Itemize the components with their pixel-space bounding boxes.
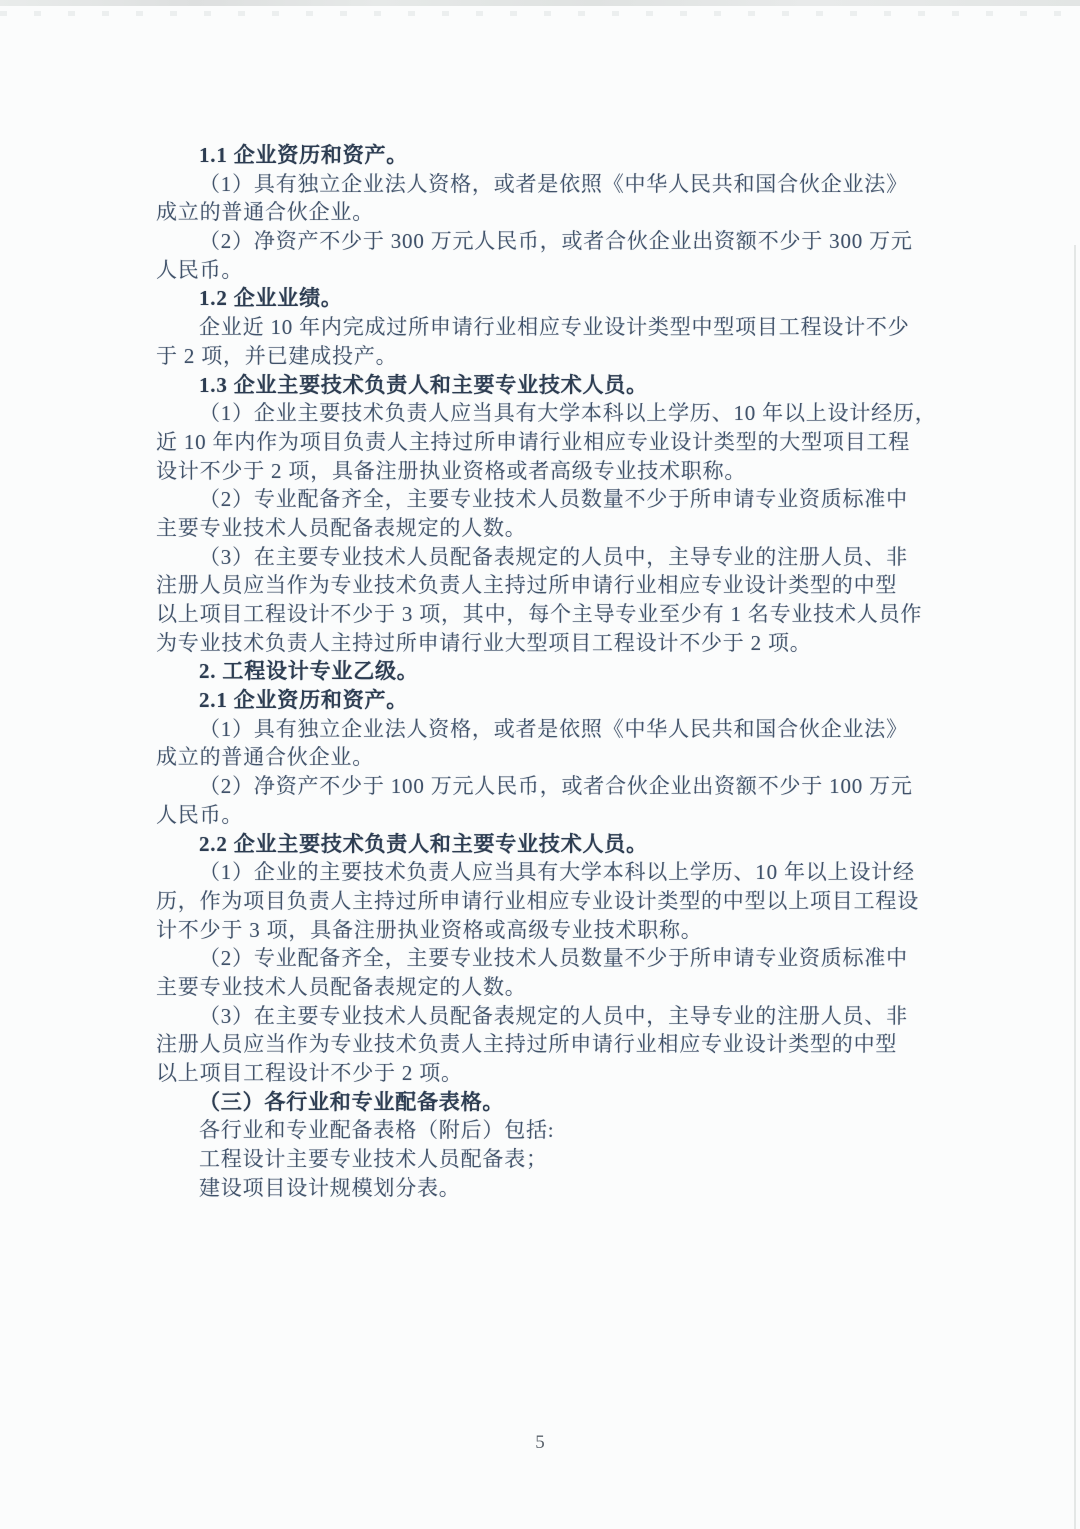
- heading-line: 1.3 企业主要技术负责人和主要专业技术人员。: [156, 371, 936, 400]
- text-line: （3）在主要专业技术人员配备表规定的人员中，主导专业的注册人员、非: [156, 1002, 936, 1031]
- text-line: 于 2 项，并已建成投产。: [156, 342, 936, 371]
- heading-line: （三）各行业和专业配备表格。: [156, 1088, 936, 1117]
- text-line: 建设项目设计规模划分表。: [156, 1174, 936, 1203]
- text-line: 成立的普通合伙企业。: [156, 743, 936, 772]
- text-line: （3）在主要专业技术人员配备表规定的人员中，主导专业的注册人员、非: [156, 543, 936, 572]
- scan-right-edge: [1074, 245, 1076, 1529]
- text-line: 以上项目工程设计不少于 2 项。: [156, 1059, 936, 1088]
- heading-line: 2.2 企业主要技术负责人和主要专业技术人员。: [156, 830, 936, 859]
- text-line: 注册人员应当作为专业技术负责人主持过所申请行业相应专业设计类型的中型: [156, 1030, 936, 1059]
- text-line: 成立的普通合伙企业。: [156, 198, 936, 227]
- heading-line: 1.2 企业业绩。: [156, 284, 936, 313]
- text-line: 计不少于 3 项，具备注册执业资格或高级专业技术职称。: [156, 916, 936, 945]
- text-line: 主要专业技术人员配备表规定的人数。: [156, 514, 936, 543]
- heading-line: 1.1 企业资历和资产。: [156, 141, 936, 170]
- heading-line: 2.1 企业资历和资产。: [156, 686, 936, 715]
- text-line: （1）具有独立企业法人资格，或者是依照《中华人民共和国合伙企业法》: [156, 170, 936, 199]
- text-line: 人民币。: [156, 801, 936, 830]
- document-text-block: 1.1 企业资历和资产。（1）具有独立企业法人资格，或者是依照《中华人民共和国合…: [156, 141, 936, 1202]
- text-line: （1）企业主要技术负责人应当具有大学本科以上学历、10 年以上设计经历，: [156, 399, 936, 428]
- text-line: 人民币。: [156, 256, 936, 285]
- text-line: 为专业技术负责人主持过所申请行业大型项目工程设计不少于 2 项。: [156, 629, 936, 658]
- text-line: 工程设计主要专业技术人员配备表；: [156, 1145, 936, 1174]
- page-number: 5: [0, 1432, 1080, 1454]
- text-line: （2）专业配备齐全，主要专业技术人员数量不少于所申请专业资质标准中: [156, 944, 936, 973]
- text-line: 设计不少于 2 项，具备注册执业资格或者高级专业技术职称。: [156, 457, 936, 486]
- text-line: （2）净资产不少于 300 万元人民币，或者合伙企业出资额不少于 300 万元: [156, 227, 936, 256]
- text-line: 注册人员应当作为专业技术负责人主持过所申请行业相应专业设计类型的中型: [156, 571, 936, 600]
- text-line: 以上项目工程设计不少于 3 项，其中，每个主导专业至少有 1 名专业技术人员作: [156, 600, 936, 629]
- text-line: 近 10 年内作为项目负责人主持过所申请行业相应专业设计类型的大型项目工程: [156, 428, 936, 457]
- text-line: 主要专业技术人员配备表规定的人数。: [156, 973, 936, 1002]
- text-line: 历，作为项目负责人主持过所申请行业相应专业设计类型的中型以上项目工程设: [156, 887, 936, 916]
- text-line: 企业近 10 年内完成过所申请行业相应专业设计类型中型项目工程设计不少: [156, 313, 936, 342]
- text-line: （1）具有独立企业法人资格，或者是依照《中华人民共和国合伙企业法》: [156, 715, 936, 744]
- scan-top-dashes: [0, 11, 1080, 16]
- text-line: （2）净资产不少于 100 万元人民币，或者合伙企业出资额不少于 100 万元: [156, 772, 936, 801]
- scan-top-edge: [0, 0, 1080, 6]
- text-line: （1）企业的主要技术负责人应当具有大学本科以上学历、10 年以上设计经: [156, 858, 936, 887]
- text-line: 各行业和专业配备表格（附后）包括:: [156, 1116, 936, 1145]
- heading-line: 2. 工程设计专业乙级。: [156, 657, 936, 686]
- scanned-document-page: { "page": { "number": "5" }, "document":…: [0, 0, 1080, 1529]
- text-line: （2）专业配备齐全，主要专业技术人员数量不少于所申请专业资质标准中: [156, 485, 936, 514]
